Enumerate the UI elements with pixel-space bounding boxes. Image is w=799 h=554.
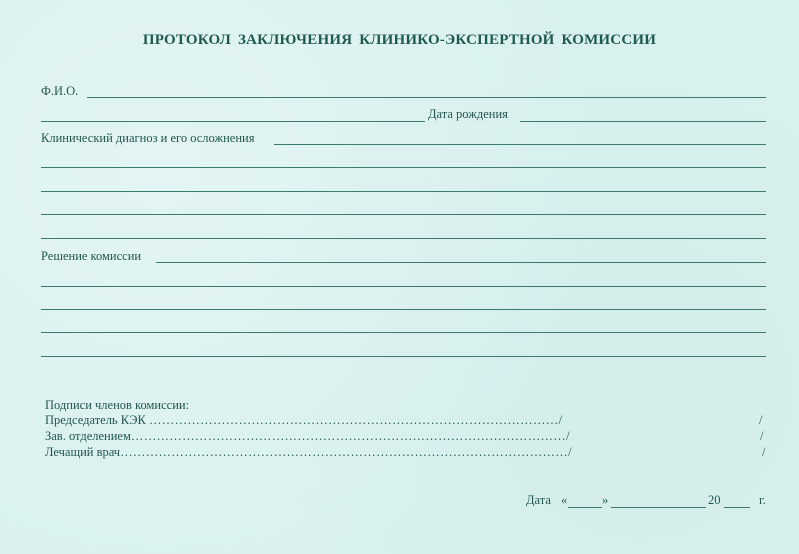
signature-dots: ……………………………………………………………………………………………/ <box>120 445 572 459</box>
diagnosis-input-line[interactable] <box>274 144 766 145</box>
signature-role-label: Зав. отделением <box>45 429 131 443</box>
signature-end-slash: / <box>759 413 762 428</box>
date-label: Дата <box>526 493 551 508</box>
signature-dots: …………………………………………………………………………………………/ <box>131 429 570 443</box>
diagnosis-label: Клинический диагноз и его осложнения <box>41 131 254 146</box>
date-year-prefix: 20 <box>708 493 721 508</box>
signature-dots: ……………………………………………………………………………………/ <box>149 413 562 427</box>
decision-input-line[interactable] <box>156 262 766 263</box>
signature-row-chairman[interactable]: Председатель КЭК ……………………………………………………………… <box>45 413 615 428</box>
signature-end-slash: / <box>762 445 765 460</box>
diagnosis-line[interactable] <box>41 214 766 215</box>
date-month-line[interactable] <box>611 507 706 508</box>
decision-line[interactable] <box>41 332 766 333</box>
decision-line[interactable] <box>41 356 766 357</box>
signature-role-label: Председатель КЭК <box>45 413 149 427</box>
date-open-quote: « <box>561 493 567 508</box>
birth-date-label: Дата рождения <box>428 107 508 122</box>
diagnosis-line[interactable] <box>41 167 766 168</box>
form-title: ПРОТОКОЛ ЗАКЛЮЧЕНИЯ КЛИНИКО-ЭКСПЕРТНОЙ К… <box>0 32 799 49</box>
fio-label: Ф.И.О. <box>41 84 78 99</box>
diagnosis-line[interactable] <box>41 238 766 239</box>
birth-date-input-line[interactable] <box>520 121 766 122</box>
date-close-quote: » <box>602 493 608 508</box>
signature-row-attending-physician[interactable]: Лечащий врач…………………………………………………………………………… <box>45 445 619 460</box>
signatures-heading: Подписи членов комиссии: <box>45 398 189 413</box>
date-year-suffix: г. <box>759 493 766 508</box>
signature-role-label: Лечащий врач <box>45 445 120 459</box>
date-year-line[interactable] <box>724 507 750 508</box>
date-day-line[interactable] <box>568 507 602 508</box>
decision-label: Решение комиссии <box>41 249 141 264</box>
signature-end-slash: / <box>760 429 763 444</box>
decision-line[interactable] <box>41 309 766 310</box>
decision-line[interactable] <box>41 286 766 287</box>
diagnosis-line[interactable] <box>41 191 766 192</box>
signature-row-head-of-department[interactable]: Зав. отделением…………………………………………………………………… <box>45 429 617 444</box>
fio-continuation-line[interactable] <box>41 121 425 122</box>
fio-input-line[interactable] <box>87 97 766 98</box>
